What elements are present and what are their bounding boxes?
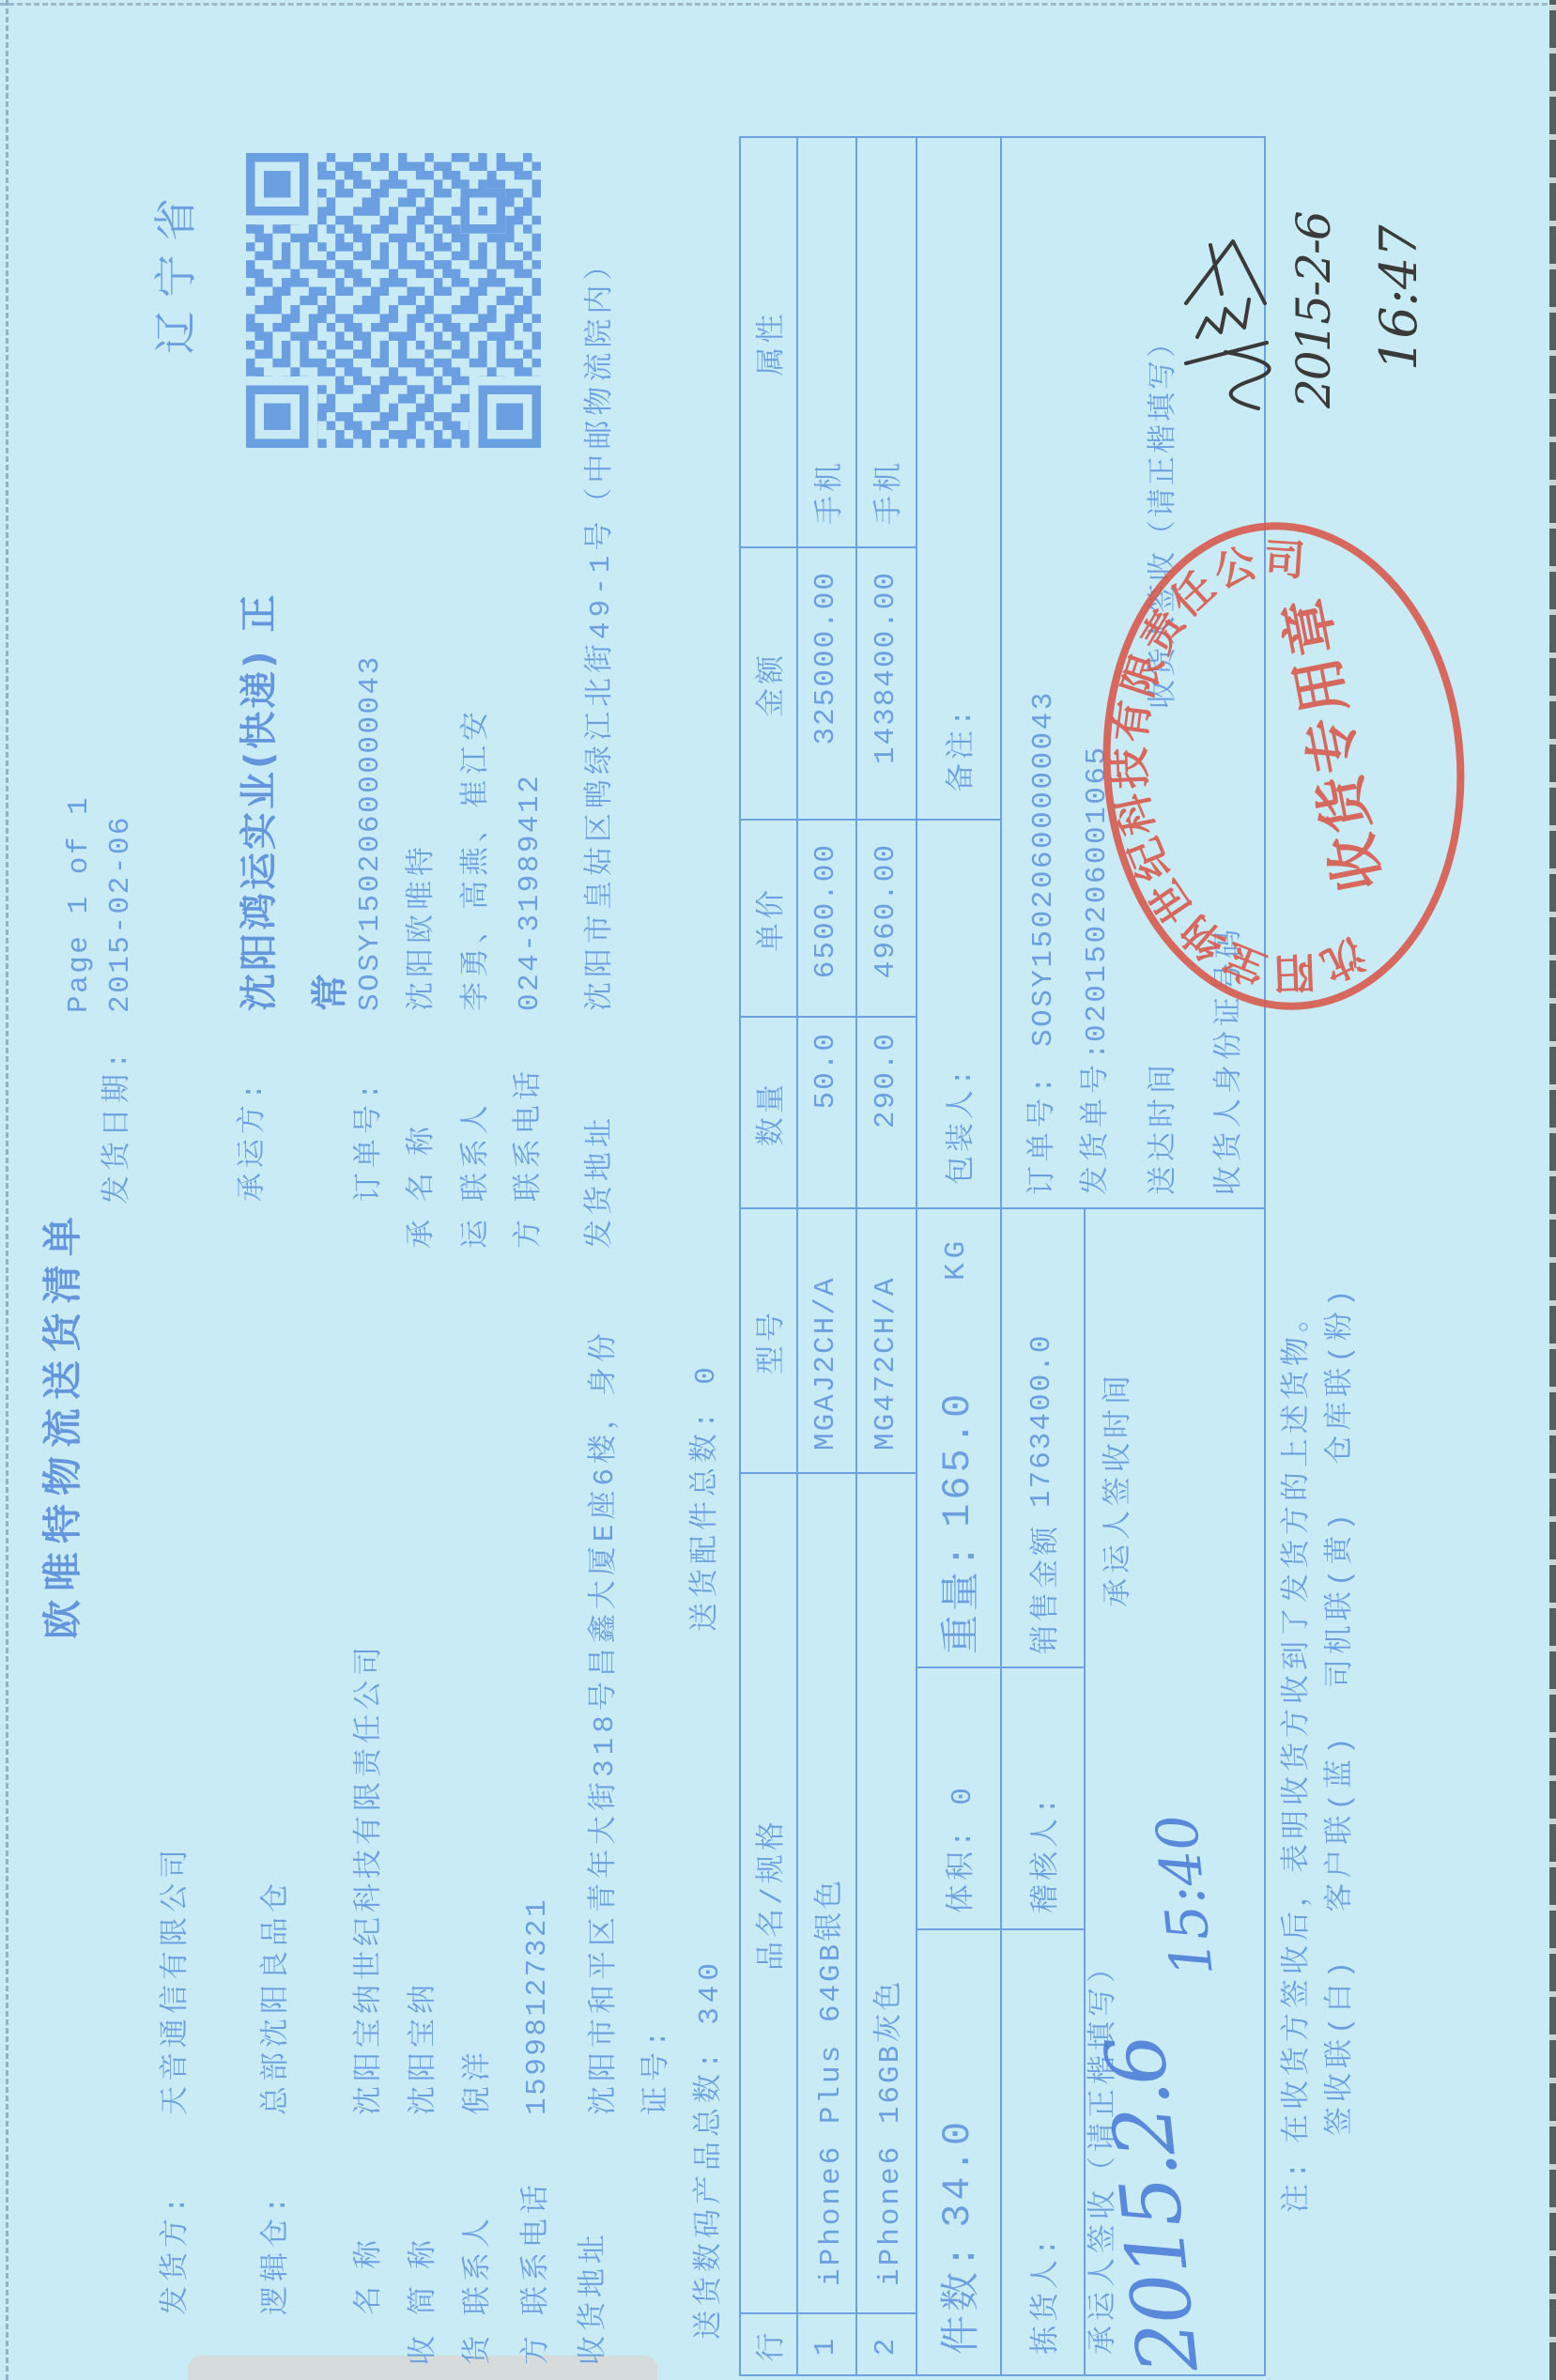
receiver-group-char: 货 xyxy=(464,2331,496,2365)
row-amount: 325000.00 xyxy=(796,548,855,821)
province-label: 辽宁省 xyxy=(156,185,204,354)
page-indicator: Page 1 of 1 xyxy=(64,795,96,1013)
receipt-order-value: SOSY15020600000043 xyxy=(1028,690,1060,1047)
signature-scribble xyxy=(1169,230,1282,418)
handwritten-sign-time: 15:40 xyxy=(1144,1811,1226,1979)
carrier-name-value: 沈阳欧唯特 xyxy=(408,842,439,1011)
note-text: 在收货方签收后，表明收货方收到了发货方的上述货物。 xyxy=(1283,1298,1315,2143)
receiver-contact-label: 联系人 xyxy=(464,2214,496,2315)
note-label: 注: xyxy=(1283,2157,1315,2213)
carrier-order-value: SOSY15020600000043 xyxy=(355,654,387,1011)
weight-unit: KG xyxy=(941,1236,973,1281)
weight-label: 重量: xyxy=(930,1541,986,1654)
carrier-group-char: 方 xyxy=(515,1215,547,1249)
receiver-phone-value: 15998127321 xyxy=(522,1897,554,2115)
pieces-label: 件数: xyxy=(930,2241,986,2355)
carrier-contact-value: 李勇、高燕、崔江安 xyxy=(462,707,494,1011)
ship-date-label: 发货日期: xyxy=(103,1047,135,1205)
carrier-group-char: 承 xyxy=(408,1215,439,1249)
row-unit-price: 6500.00 xyxy=(796,821,855,1018)
row-amount: 1438400.00 xyxy=(855,548,916,821)
table-rule xyxy=(1084,1207,1086,2376)
carrier-address-label: 发货地址 xyxy=(586,1113,618,1249)
sales-amount-value: 1763400.0 xyxy=(1025,1334,1058,1508)
carrier-order-label: 订单号: xyxy=(355,1078,387,1202)
digital-product-total: 送货数码产品总数: 340 xyxy=(695,1958,727,2340)
sales-amount-label: 销售金额 xyxy=(1021,1523,1064,1654)
row-line-number: 1 xyxy=(796,2314,855,2376)
receiver-short-value: 沈阳宝纳 xyxy=(409,1980,441,2115)
handwritten-date: 2015-2-6 xyxy=(1286,212,1341,408)
column-header-unit-price: 单价 xyxy=(739,821,796,1018)
receiver-address-label: 收货地址 xyxy=(579,2230,611,2365)
volume-cell: 体积: 0 xyxy=(916,1668,1000,1930)
column-header-qty: 数量 xyxy=(739,1018,796,1209)
row-quantity: 290.0 xyxy=(855,1018,916,1209)
qr-code xyxy=(246,153,541,448)
receiver-group-char: 方 xyxy=(522,2331,554,2365)
receiver-name-label: 名称 xyxy=(355,2223,387,2315)
carrier-phone-value: 024-31989412 xyxy=(515,774,547,1011)
carrier-phone-label: 联系电话 xyxy=(515,1067,547,1202)
ship-date-value: 2015-02-06 xyxy=(105,815,137,1013)
pieces-value: 34.0 xyxy=(935,2118,980,2228)
table-border xyxy=(1264,136,1266,2376)
copy-distribution: 签收联(白) 客户联(蓝) 司机联(黄) 仓库联(粉) xyxy=(1326,1285,1358,2136)
row-model: MG472CH/A xyxy=(855,1209,916,1474)
remark-cell: 备注: xyxy=(916,138,1000,821)
sales-amount-cell: 销售金额 1763400.0 xyxy=(1000,1209,1084,1668)
receiver-contact-value: 倪洋 xyxy=(464,2048,496,2115)
delivery-note: 欧唯特物流送货清单 Page 1 of 1 发货日期: 2015-02-06 承… xyxy=(0,0,1556,2380)
stamp-seal-icon: 沈阳宝纳世纪科技有限责任公司 收货专用章 xyxy=(1085,508,1483,1024)
row-model: MGAJ2CH/A xyxy=(796,1209,855,1474)
carrier-service-value: 沈阳鸿运实业(快递) 正 常 xyxy=(223,592,366,1012)
delivery-number-label: 发货单号: xyxy=(1082,1037,1114,1195)
row-unit-price: 4960.00 xyxy=(855,821,916,1018)
handwritten-time: 16:47 xyxy=(1369,224,1428,371)
accessory-total: 送货配件总数: 0 xyxy=(691,1362,723,1632)
column-header-attribute: 属性 xyxy=(739,138,796,548)
row-line-number: 2 xyxy=(855,2314,916,2376)
scanner-edge xyxy=(1549,0,1556,2380)
row-quantity: 50.0 xyxy=(796,1018,855,1209)
picker-cell: 拣货人: xyxy=(1000,1930,1084,2376)
weight-value: 165.0 xyxy=(935,1390,980,1528)
auditor-cell: 稽核人: xyxy=(1000,1668,1084,1930)
carrier-sign-time-label: 承运人签收时间 xyxy=(1104,1371,1136,1607)
row-product-name: iPhone6 Plus 64GB银色 xyxy=(796,1474,855,2314)
row-product-name: iPhone6 16GB灰色 xyxy=(855,1474,916,2314)
receipt-stamp: 沈阳宝纳世纪科技有限责任公司 收货专用章 xyxy=(1085,508,1483,1024)
packer-cell: 包装人: xyxy=(916,821,1000,1209)
column-header-line: 行 xyxy=(739,2314,796,2376)
receiver-address-value: 沈阳市和平区青年大街318号昌鑫大厦E座6楼，身份 证号: xyxy=(579,1328,685,2115)
document-title: 欧唯特物流送货清单 xyxy=(41,1208,85,1639)
warehouse-label: 逻辑仓: xyxy=(262,2191,294,2315)
shipper-label: 发货方: xyxy=(162,2191,193,2315)
arrival-time-label: 送达时间 xyxy=(1149,1060,1181,1195)
row-attribute: 手机 xyxy=(796,138,855,548)
carrier-contact-label: 联系人 xyxy=(462,1100,494,1202)
receiver-name-value: 沈阳宝纳世纪科技有限责任公司 xyxy=(355,1642,387,2115)
shipper-value: 天音通信有限公司 xyxy=(162,1845,193,2115)
carrier-address-value: 沈阳市皇姑区鸭绿江北街49-1号（中邮物流院内） xyxy=(586,247,618,1011)
carrier-service-label: 承运方: xyxy=(239,1078,270,1202)
receiver-short-label: 简称 xyxy=(409,2223,441,2315)
stamp-center-text: 收货专用章 xyxy=(1272,589,1394,896)
perforation-edge xyxy=(0,3,1556,6)
carrier-name-label: 名称 xyxy=(408,1110,439,1202)
qr-code-icon xyxy=(246,153,541,448)
warehouse-value: 总部沈阳良品仓 xyxy=(262,1879,294,2115)
carrier-group-char: 运 xyxy=(462,1215,494,1249)
receiver-group-char: 收 xyxy=(409,2331,441,2365)
column-header-name: 品名/规格 xyxy=(739,1474,796,2314)
receipt-order-label: 订单号: xyxy=(1028,1071,1060,1195)
perforation-edge xyxy=(6,0,8,2380)
row-attribute: 手机 xyxy=(855,138,916,548)
column-header-amount: 金额 xyxy=(739,548,796,821)
column-header-model: 型号 xyxy=(739,1209,796,1474)
receiver-phone-label: 联系电话 xyxy=(522,2180,554,2315)
pieces-cell: 件数: 34.0 xyxy=(916,1930,1000,2376)
